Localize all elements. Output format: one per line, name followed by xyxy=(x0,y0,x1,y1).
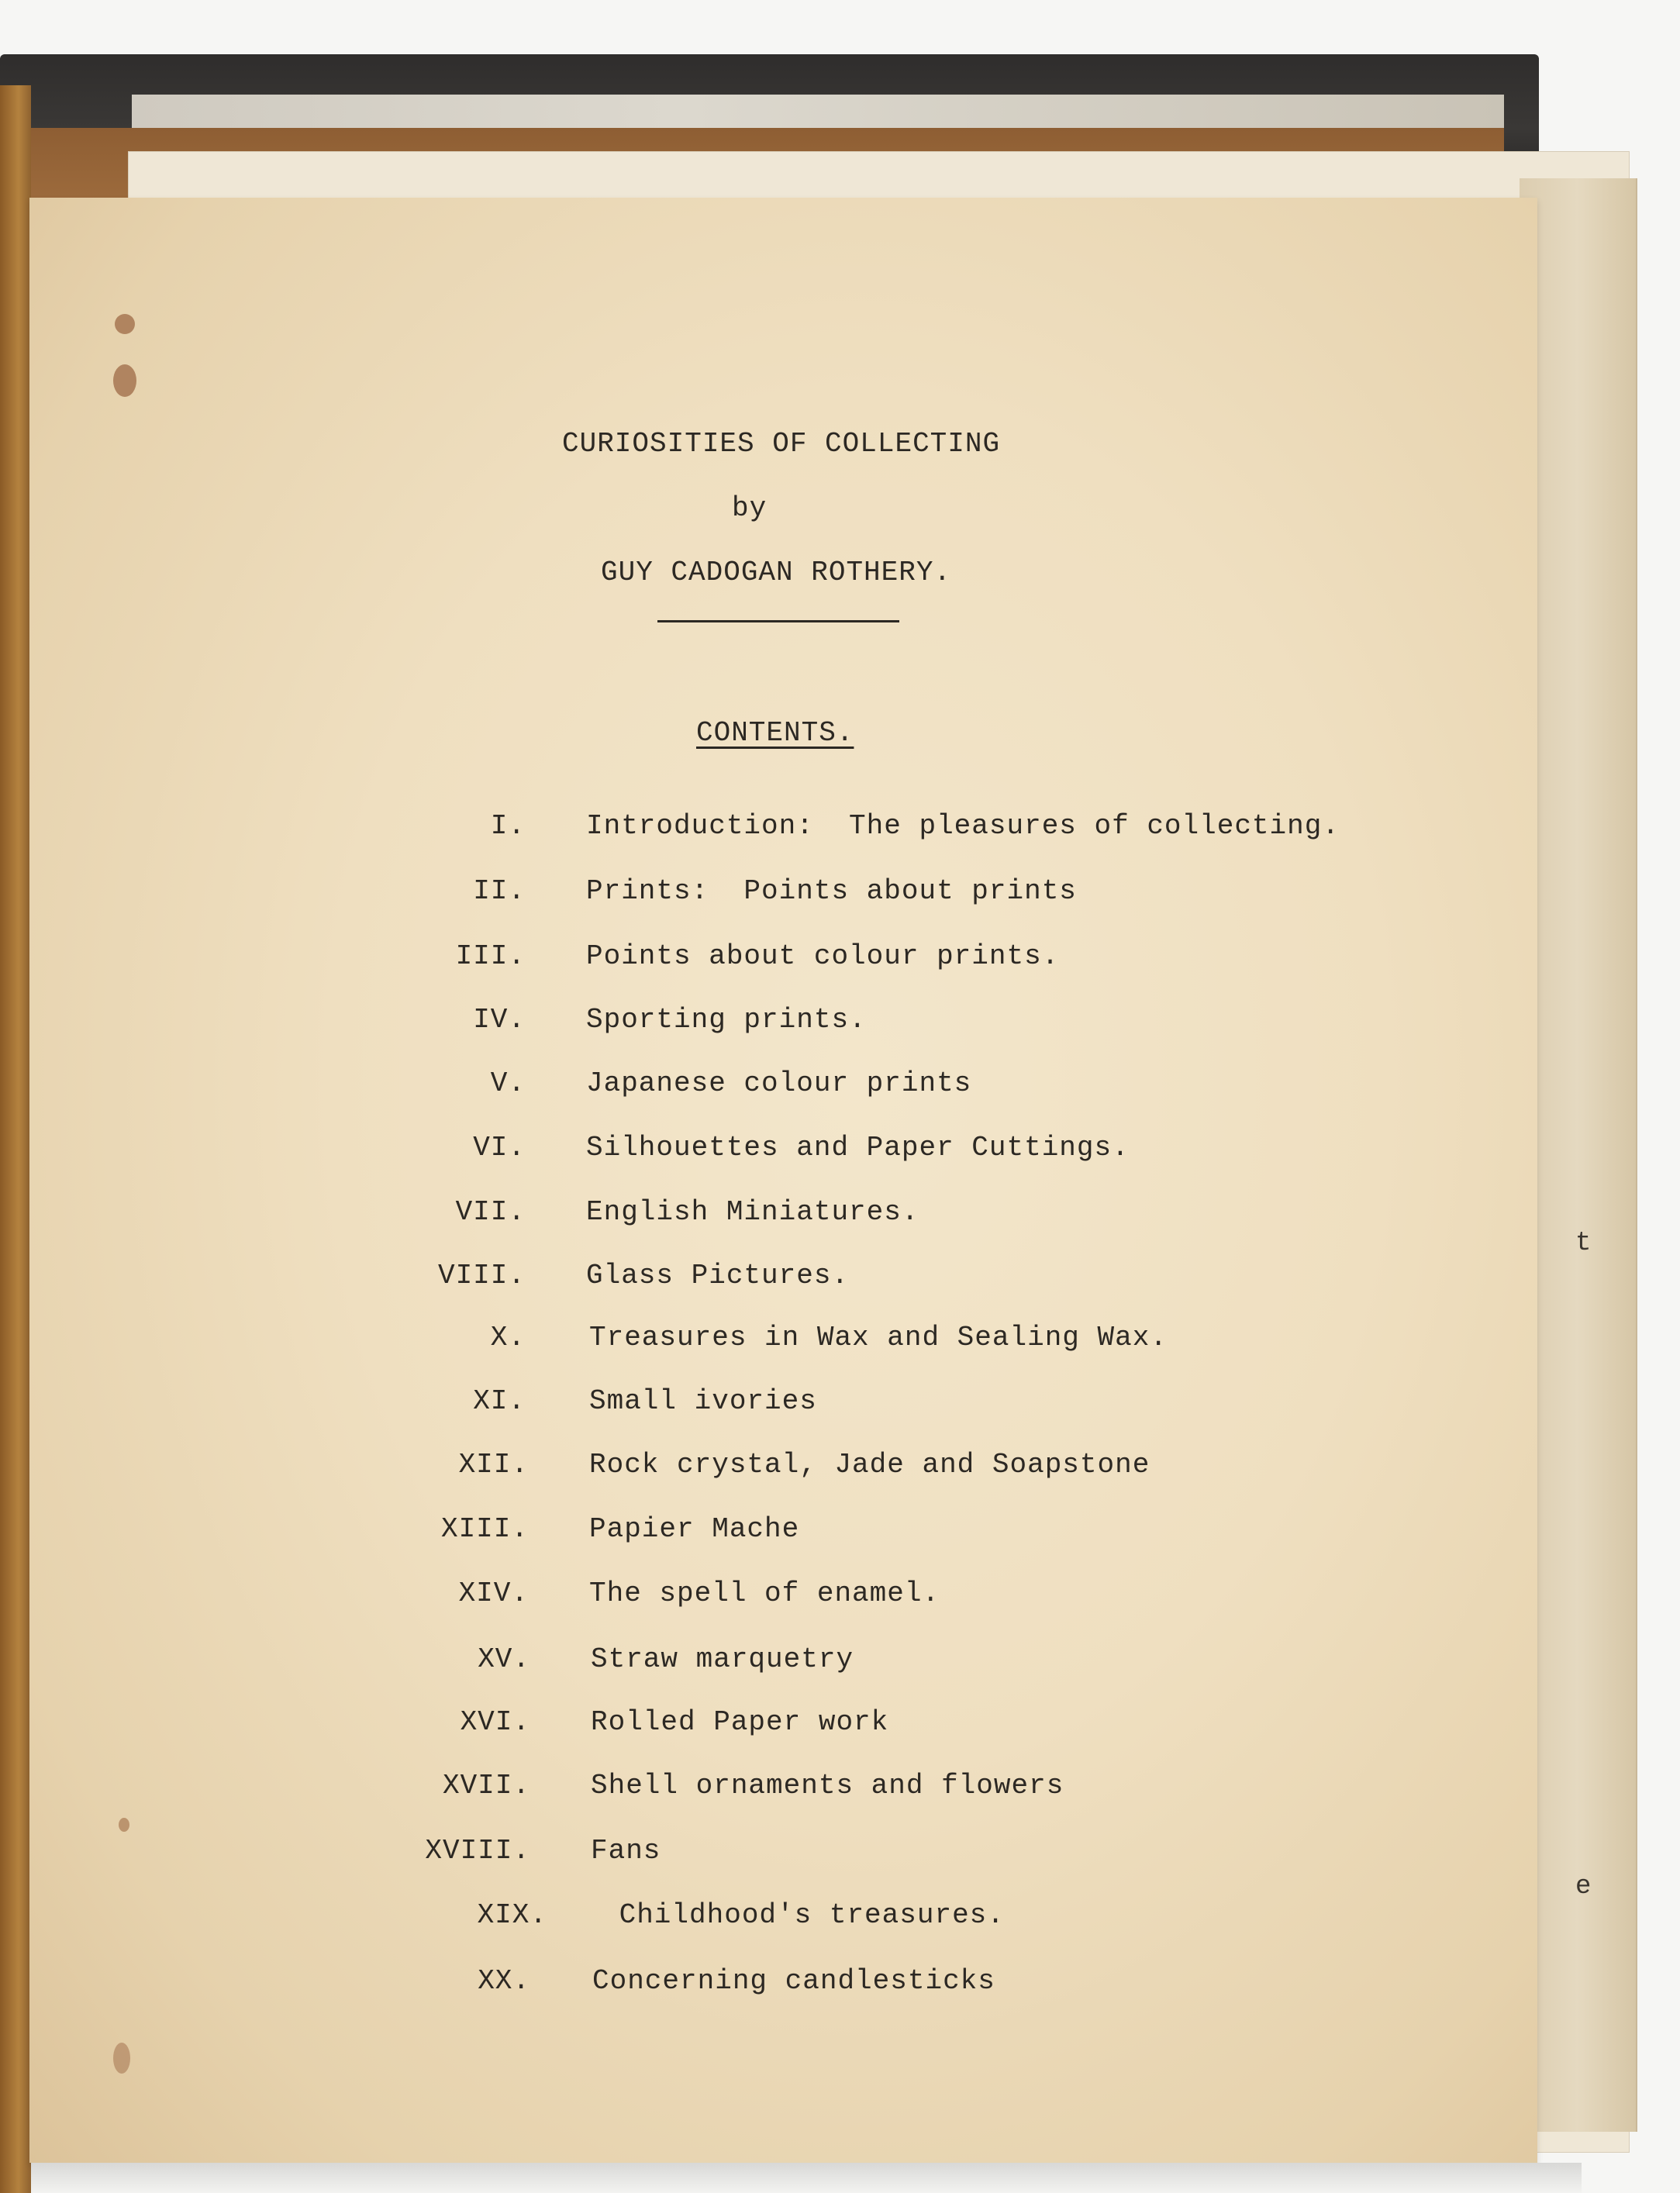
chapter-title: English Miniatures. xyxy=(586,1196,919,1228)
toc-entry: II. Prints: Points about prints xyxy=(29,875,1502,914)
toc-entry: X. Treasures in Wax and Sealing Wax. xyxy=(29,1322,1502,1360)
chapter-title: Prints: Points about prints xyxy=(586,875,1077,907)
toc-entry: XIX. Childhood's treasures. xyxy=(29,1899,1502,1938)
toc-entry: VIII. Glass Pictures. xyxy=(29,1260,1502,1298)
stain xyxy=(119,1818,129,1832)
toc-entry: III. Points about colour prints. xyxy=(29,940,1502,979)
chapter-title: Small ivories xyxy=(589,1385,817,1417)
toc-entry: XVI. Rolled Paper work xyxy=(29,1706,1502,1745)
edge-letter: e xyxy=(1575,1872,1591,1902)
chapter-number: VII. xyxy=(29,1196,526,1228)
chapter-number: XVIII. xyxy=(34,1835,530,1867)
chapter-number: XVI. xyxy=(34,1706,530,1738)
chapter-title: Fans xyxy=(591,1835,661,1867)
chapter-title: Rolled Paper work xyxy=(591,1706,888,1738)
toc-entry: XI. Small ivories xyxy=(29,1385,1502,1424)
toc-entry: IV. Sporting prints. xyxy=(29,1004,1502,1043)
chapter-title: Points about colour prints. xyxy=(586,940,1059,972)
stain xyxy=(115,314,135,334)
binder-spine xyxy=(0,85,31,2193)
typed-page: CURIOSITIES OF COLLECTING by GUY CADOGAN… xyxy=(29,198,1537,2163)
chapter-title: Sporting prints. xyxy=(586,1004,867,1036)
chapter-number: XV. xyxy=(34,1643,530,1675)
toc-entry: XX. Concerning candlesticks xyxy=(29,1965,1502,2004)
chapter-number: XIX. xyxy=(51,1899,547,1931)
chapter-number: XIV. xyxy=(33,1578,529,1609)
toc-entry: VII. English Miniatures. xyxy=(29,1196,1502,1235)
chapter-number: XI. xyxy=(29,1385,526,1417)
chapter-title: Glass Pictures. xyxy=(586,1260,849,1291)
chapter-title: Introduction: The pleasures of collectin… xyxy=(586,810,1340,842)
chapter-number: XVII. xyxy=(34,1770,530,1802)
chapter-number: IV. xyxy=(29,1004,526,1036)
chapter-title: Papier Mache xyxy=(589,1513,799,1545)
chapter-title: Treasures in Wax and Sealing Wax. xyxy=(589,1322,1168,1353)
chapter-number: VI. xyxy=(29,1132,526,1164)
toc-entry: XVII. Shell ornaments and flowers xyxy=(29,1770,1502,1809)
toc-entry: XV. Straw marquetry xyxy=(29,1643,1502,1682)
chapter-number: XX. xyxy=(34,1965,530,1997)
chapter-number: I. xyxy=(29,810,526,842)
toc-entry: I. Introduction: The pleasures of collec… xyxy=(29,810,1502,849)
toc-entry: XVIII. Fans xyxy=(29,1835,1502,1874)
byline: by xyxy=(732,492,767,524)
chapter-title: Concerning candlesticks xyxy=(592,1965,995,1997)
chapter-number: III. xyxy=(29,940,526,972)
toc-entry: XIII. Papier Mache xyxy=(29,1513,1502,1552)
contents-heading: CONTENTS. xyxy=(696,717,854,749)
stain xyxy=(113,2043,130,2074)
toc-entry: VI. Silhouettes and Paper Cuttings. xyxy=(29,1132,1502,1171)
toc-entry: XIV. The spell of enamel. xyxy=(29,1578,1502,1616)
chapter-title: The spell of enamel. xyxy=(589,1578,940,1609)
chapter-number: VIII. xyxy=(29,1260,526,1291)
stain xyxy=(113,364,136,397)
chapter-title: Straw marquetry xyxy=(591,1643,854,1675)
document-title: CURIOSITIES OF COLLECTING xyxy=(562,428,1000,460)
chapter-title: Rock crystal, Jade and Soapstone xyxy=(589,1449,1150,1481)
table-surface xyxy=(31,2163,1582,2193)
chapter-number: XII. xyxy=(33,1449,529,1481)
chapter-title: Childhood's treasures. xyxy=(602,1899,1005,1931)
chapter-number: X. xyxy=(29,1322,526,1353)
chapter-title: Silhouettes and Paper Cuttings. xyxy=(586,1132,1130,1164)
chapter-title: Japanese colour prints xyxy=(586,1067,971,1099)
chapter-number: V. xyxy=(29,1067,526,1099)
chapter-number: II. xyxy=(29,875,526,907)
toc-entry: XII. Rock crystal, Jade and Soapstone xyxy=(29,1449,1502,1488)
divider-rule xyxy=(657,620,899,622)
author-name: GUY CADOGAN ROTHERY. xyxy=(601,557,951,588)
chapter-title: Shell ornaments and flowers xyxy=(591,1770,1064,1802)
toc-entry: V. Japanese colour prints xyxy=(29,1067,1502,1106)
edge-letter: t xyxy=(1575,1229,1591,1258)
chapter-number: XIII. xyxy=(33,1513,529,1545)
